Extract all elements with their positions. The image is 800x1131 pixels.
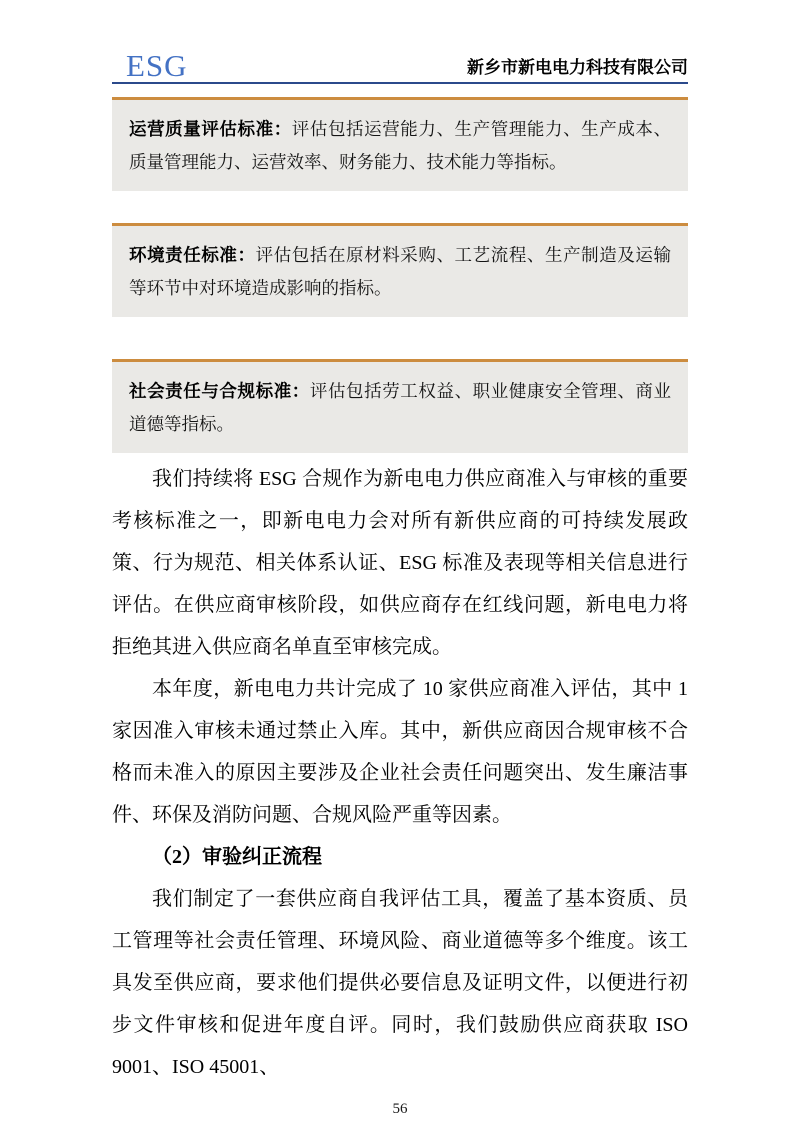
criteria-box-social-compliance: 社会责任与合规标准：评估包括劳工权益、职业健康安全管理、商业道德等指标。 bbox=[112, 359, 688, 453]
criteria-text: 环境责任标准：评估包括在原材料采购、工艺流程、生产制造及运输等环节中对环境造成影… bbox=[129, 239, 671, 305]
esg-logo: ESG bbox=[112, 50, 188, 81]
page-footer: 56 bbox=[112, 1101, 688, 1118]
page-number: 56 bbox=[393, 1101, 408, 1117]
header-row: ESG 新乡市新电电力科技有限公司 bbox=[112, 50, 688, 81]
document-body: 我们持续将 ESG 合规作为新电电力供应商准入与审核的重要考核标准之一，即新电电… bbox=[112, 458, 688, 1088]
criteria-text: 社会责任与合规标准：评估包括劳工权益、职业健康安全管理、商业道德等指标。 bbox=[129, 375, 671, 441]
company-name: 新乡市新电电力科技有限公司 bbox=[467, 53, 688, 81]
criteria-text: 运营质量评估标准：评估包括运营能力、生产管理能力、生产成本、质量管理能力、运营效… bbox=[129, 113, 671, 179]
paragraph-annual-stats: 本年度，新电电力共计完成了 10 家供应商准入评估，其中 1 家因准入审核未通过… bbox=[112, 668, 688, 836]
criteria-box-environmental: 环境责任标准：评估包括在原材料采购、工艺流程、生产制造及运输等环节中对环境造成影… bbox=[112, 223, 688, 317]
paragraph-self-assessment: 我们制定了一套供应商自我评估工具，覆盖了基本资质、员工管理等社会责任管理、环境风… bbox=[112, 878, 688, 1088]
section-heading-audit-correction: （2）审验纠正流程 bbox=[112, 836, 688, 878]
criteria-title: 社会责任与合规标准： bbox=[129, 381, 310, 401]
criteria-box-operational-quality: 运营质量评估标准：评估包括运营能力、生产管理能力、生产成本、质量管理能力、运营效… bbox=[112, 97, 688, 191]
criteria-boxes: 运营质量评估标准：评估包括运营能力、生产管理能力、生产成本、质量管理能力、运营效… bbox=[112, 97, 688, 453]
document-page: ESG 新乡市新电电力科技有限公司 运营质量评估标准：评估包括运营能力、生产管理… bbox=[0, 0, 800, 1131]
criteria-title: 环境责任标准： bbox=[129, 245, 256, 265]
page-header: ESG 新乡市新电电力科技有限公司 bbox=[112, 50, 688, 84]
header-divider bbox=[112, 82, 688, 84]
paragraph-esg-admission: 我们持续将 ESG 合规作为新电电力供应商准入与审核的重要考核标准之一，即新电电… bbox=[112, 458, 688, 668]
criteria-title: 运营质量评估标准： bbox=[129, 119, 292, 139]
